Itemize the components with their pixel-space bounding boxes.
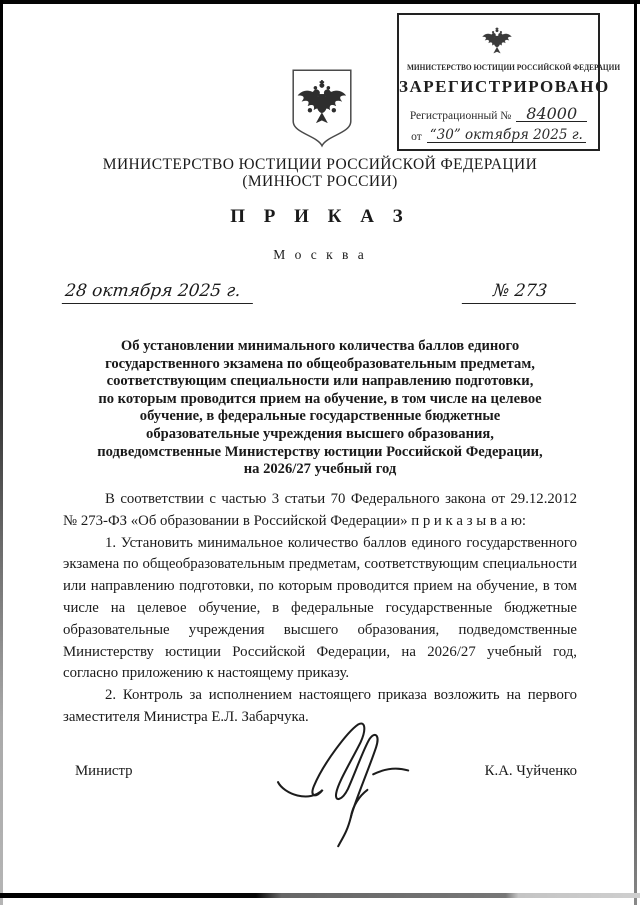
order-title-line: подведомственные Министерству юстиции Ро… bbox=[66, 444, 574, 462]
order-title-line: образовательные учреждения высшего образ… bbox=[66, 426, 574, 444]
stamp-reg-date-value: “30” октября 2025 г. bbox=[427, 128, 586, 143]
order-title: Об установлении минимального количества … bbox=[66, 338, 574, 479]
body-paragraph-item-1: 1. Установить минимальное количество бал… bbox=[63, 533, 577, 686]
stamp-eagle-icon bbox=[475, 24, 519, 60]
order-title-line: соответствующим специальности или направ… bbox=[66, 373, 574, 391]
signatory-name: К.А. Чуйченко bbox=[460, 763, 577, 780]
order-title-line: Об установлении минимального количества … bbox=[66, 338, 574, 356]
order-title-line: на 2026/27 учебный год bbox=[66, 461, 574, 479]
stamp-reg-date-prefix: от bbox=[411, 131, 422, 143]
scan-border-left bbox=[0, 0, 3, 905]
order-title-line: государственного экзамена по общеобразов… bbox=[66, 356, 574, 374]
scanned-order-document: { "colors": { "ink": "#1a1a1a", "paper":… bbox=[0, 0, 640, 905]
scan-border-right bbox=[634, 0, 637, 905]
stamp-reg-number-label: Регистрационный № bbox=[410, 110, 511, 122]
scan-border-bottom bbox=[0, 893, 640, 898]
registration-stamp: МИНИСТЕРСТВО ЮСТИЦИИ РОССИЙСКОЙ ФЕДЕРАЦИ… bbox=[397, 13, 600, 151]
order-body: В соответствии с частью 3 статьи 70 Феде… bbox=[63, 489, 577, 729]
coat-of-arms-icon bbox=[284, 66, 360, 150]
order-number-handwritten: № 273 bbox=[462, 281, 578, 304]
body-paragraph-preamble: В соответствии с частью 3 статьи 70 Феде… bbox=[63, 489, 577, 533]
ministry-short-name: (МИНЮСТ РОССИИ) bbox=[0, 173, 640, 191]
order-title-line: по которым проводится прием на обучение,… bbox=[66, 391, 574, 409]
order-title-line: обучение, в федеральные государственные … bbox=[66, 408, 574, 426]
stamp-registration-number-row: Регистрационный № 84000 bbox=[405, 106, 592, 122]
stamp-reg-number-value: 84000 bbox=[516, 106, 587, 122]
city-label: М о с к в а bbox=[0, 247, 640, 263]
date-number-row: 28 октября 2025 г. № 273 bbox=[63, 281, 577, 304]
signature-icon bbox=[270, 718, 422, 854]
scan-border-top bbox=[0, 0, 640, 4]
ministry-name: МИНИСТЕРСТВО ЮСТИЦИИ РОССИЙСКОЙ ФЕДЕРАЦИ… bbox=[0, 156, 640, 174]
stamp-registration-date-row: от “30” октября 2025 г. bbox=[405, 128, 592, 143]
order-date-handwritten: 28 октября 2025 г. bbox=[62, 281, 256, 304]
signatory-role-label: Министр bbox=[75, 763, 133, 780]
stamp-ministry-line: МИНИСТЕРСТВО ЮСТИЦИИ РОССИЙСКОЙ ФЕДЕРАЦИ… bbox=[407, 63, 590, 72]
stamp-registered-label: ЗАРЕГИСТРИРОВАНО bbox=[399, 77, 598, 97]
document-type-title: П Р И К А З bbox=[0, 206, 640, 228]
